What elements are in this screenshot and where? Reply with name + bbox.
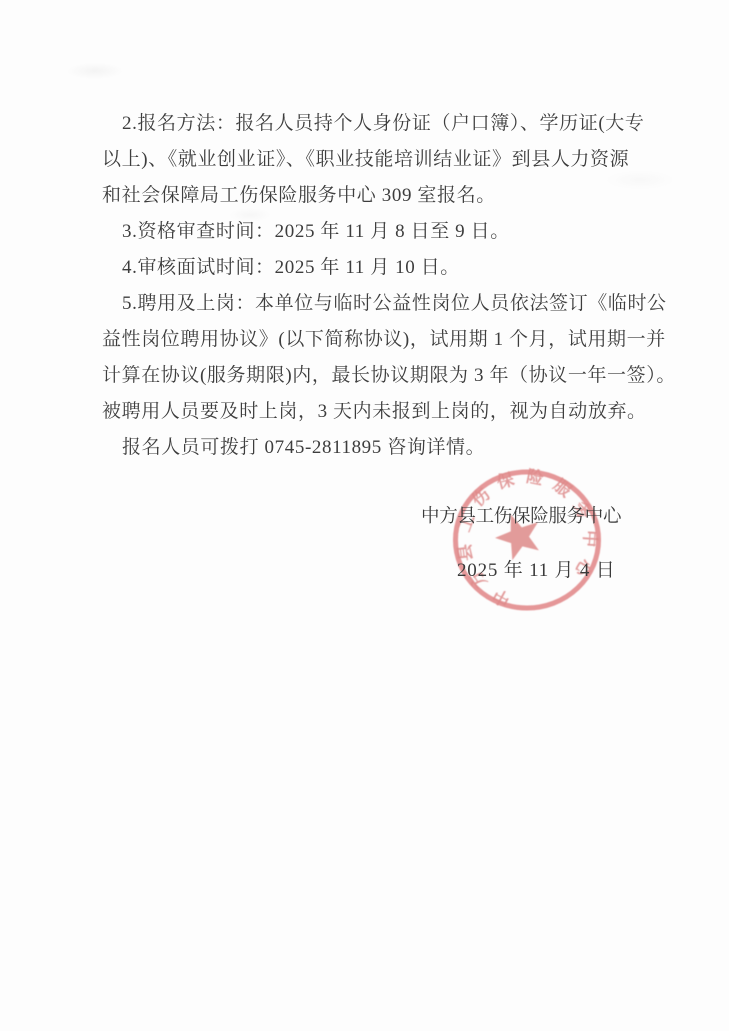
- document-line-9: 被聘用人员要及时上岗，3 天内未报到上岗的，视为自动放弃。: [102, 394, 682, 430]
- document-body: 2.报名方法：报名人员持个人身份证（户口簿）、学历证(大专 以上)、《就业创业证…: [102, 106, 682, 466]
- official-seal-stamp: 中方县工伤保险服务中心: [447, 465, 607, 617]
- document-line-5: 4.审核面试时间：2025 年 11 月 10 日。: [102, 250, 682, 286]
- document-line-7: 益性岗位聘用协议》(以下简称协议)，试用期 1 个月，试用期一并: [102, 322, 682, 358]
- document-line-10: 报名人员可拨打 0745-2811895 咨询详情。: [102, 430, 682, 466]
- signature-date: 2025 年 11 月 4 日: [457, 555, 616, 582]
- document-line-3: 和社会保障局工伤保险服务中心 309 室报名。: [102, 178, 682, 214]
- signature-organization: 中方县工伤保险服务中心: [421, 502, 621, 528]
- document-line-2: 以上)、《就业创业证》、《职业技能培训结业证》到县人力资源: [102, 142, 682, 178]
- document-line-8: 计算在协议(服务期限)内，最长协议期限为 3 年（协议一年一签）。: [102, 358, 682, 394]
- document-line-6: 5.聘用及上岗：本单位与临时公益性岗位人员依法签订《临时公: [102, 286, 682, 322]
- scanned-document-page: 2.报名方法：报名人员持个人身份证（户口簿）、学历证(大专 以上)、《就业创业证…: [0, 0, 729, 1031]
- document-line-4: 3.资格审查时间：2025 年 11 月 8 日至 9 日。: [102, 214, 682, 250]
- document-line-1: 2.报名方法：报名人员持个人身份证（户口簿）、学历证(大专: [102, 106, 682, 142]
